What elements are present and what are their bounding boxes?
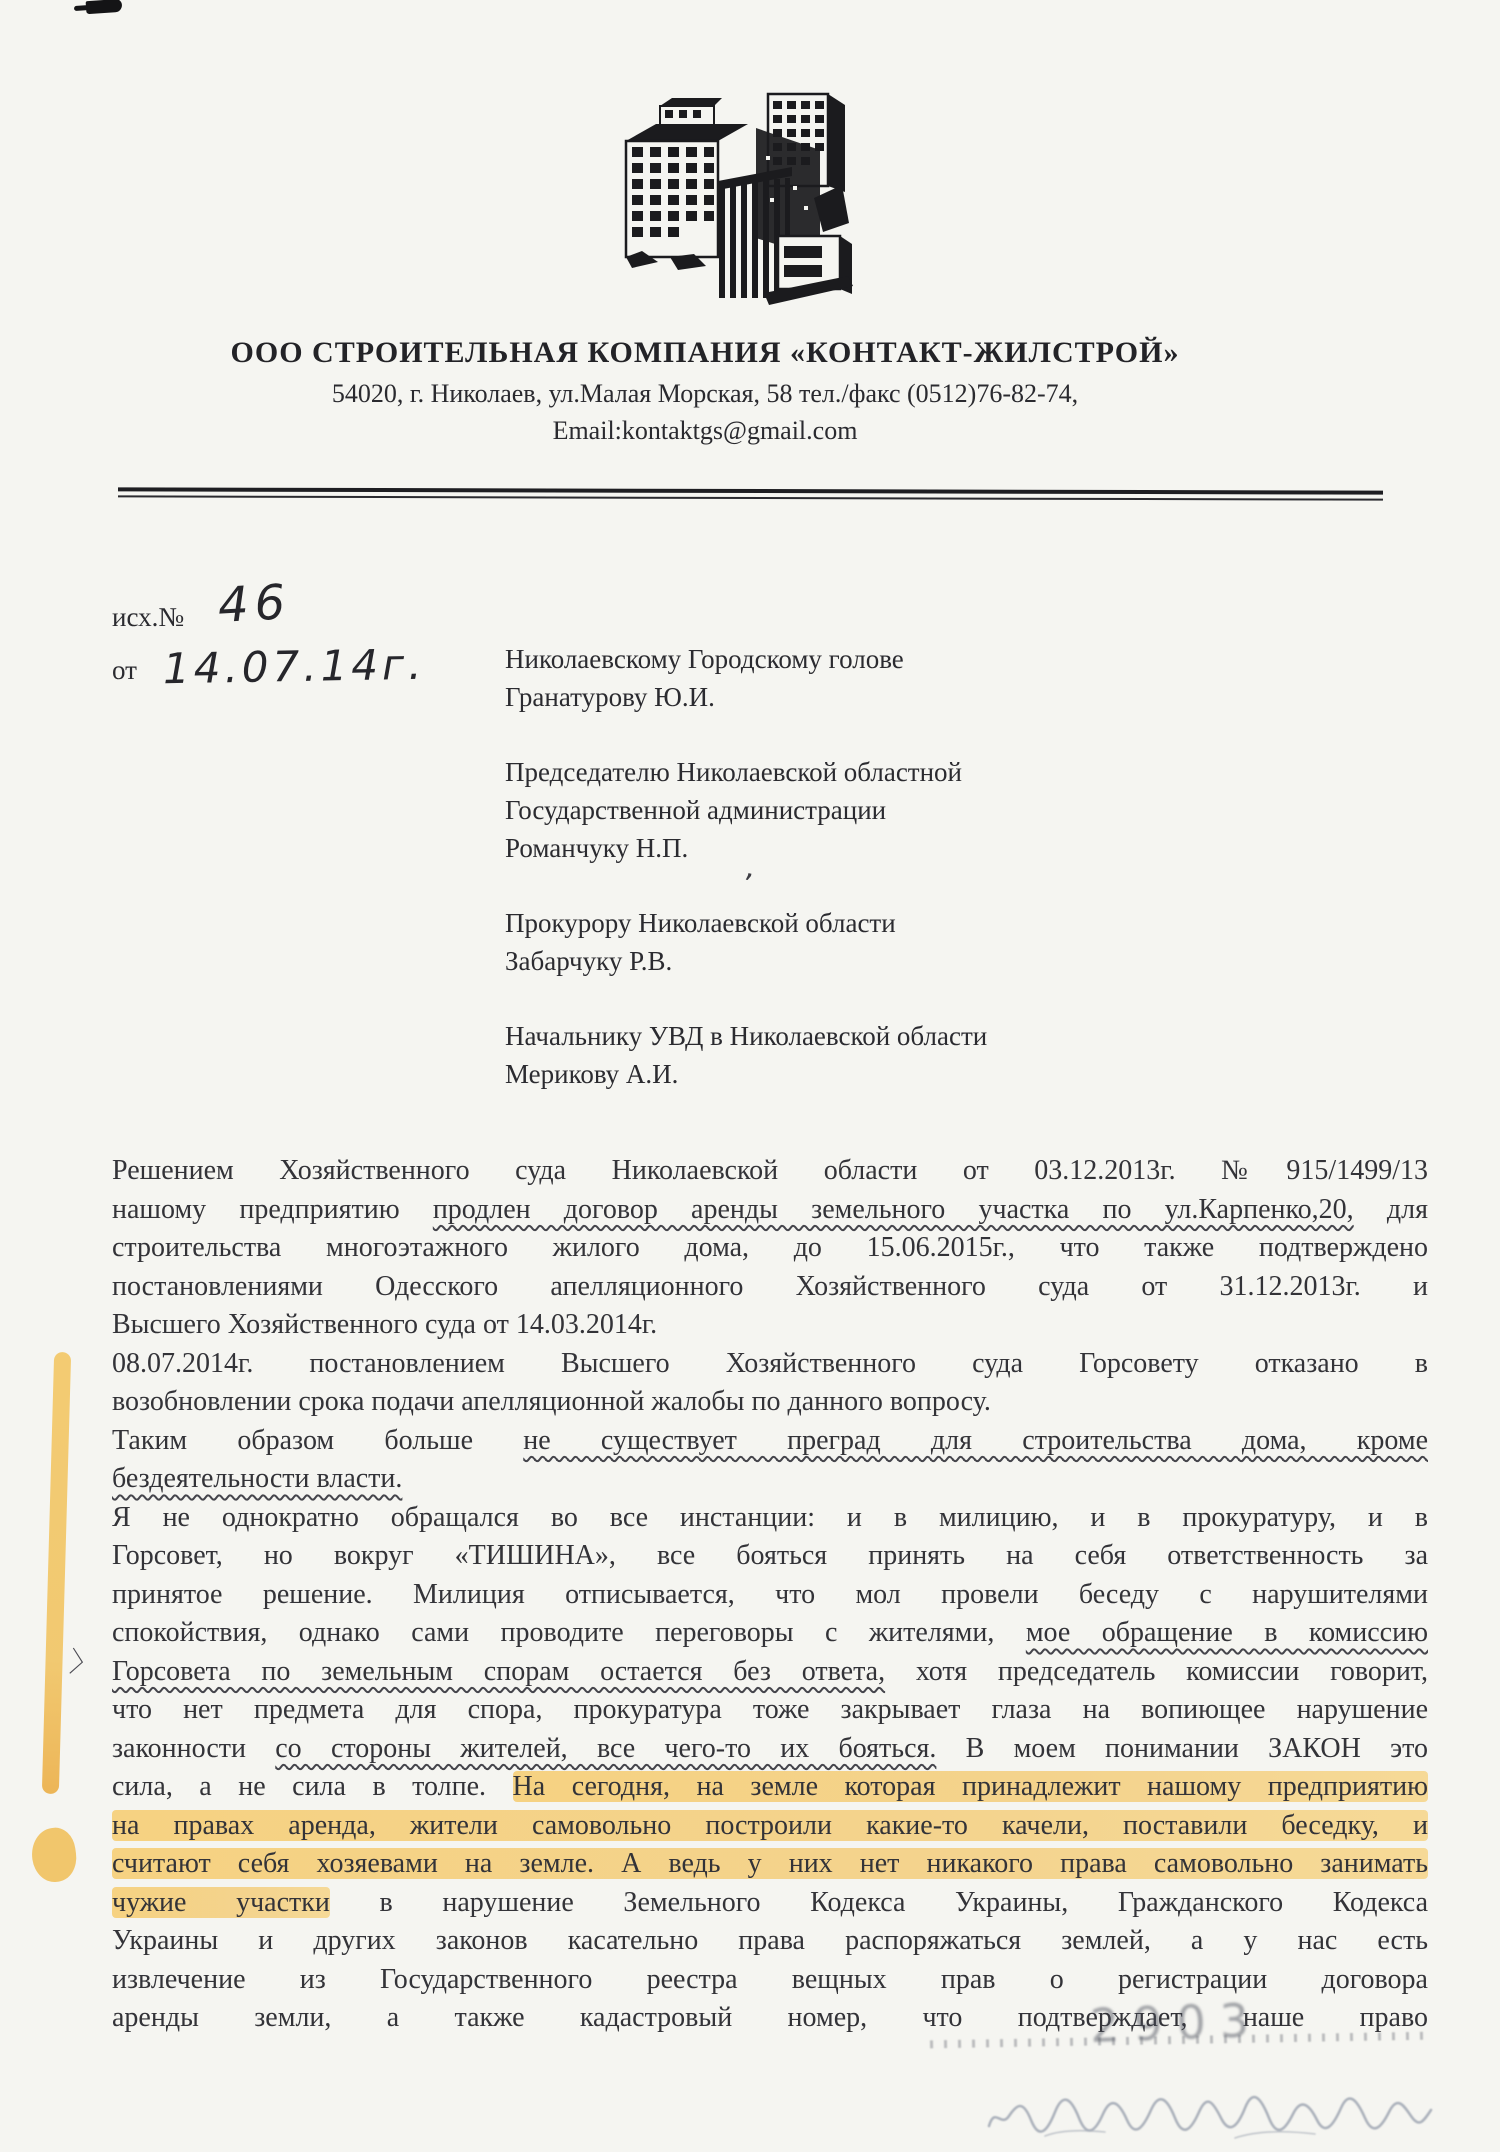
body-text: хотя председатель комиссии говорит, [885, 1656, 1428, 1687]
underlined-text: не существует преград для строительства … [523, 1425, 1428, 1456]
body-line: Решением Хозяйственного суда Николаевско… [112, 1152, 1428, 1191]
body-line: на правах аренда, жители самовольно пост… [112, 1807, 1428, 1846]
body-line: 08.07.2014г. постановлением Высшего Хозя… [112, 1345, 1428, 1384]
letterhead-divider [118, 487, 1383, 500]
body-text: нашому предприятию [112, 1194, 433, 1225]
body-text: Решением Хозяйственного суда Николаевско… [112, 1155, 1428, 1186]
body-text: Украины и других законов касательно прав… [112, 1925, 1428, 1956]
underlined-text: продлен договор аренды земельного участк… [433, 1194, 1354, 1225]
body-line: что нет предмета для спора, прокуратура … [112, 1691, 1428, 1730]
body-text: законности [112, 1733, 275, 1764]
underlined-text: Горсовета по земельным спорам остается б… [112, 1656, 885, 1687]
body-line: нашому предприятию продлен договор аренд… [112, 1191, 1428, 1230]
body-line: чужие участки в нарушение Земельного Код… [112, 1884, 1428, 1923]
addressee-line: Государственной администрации [505, 791, 987, 829]
body-line: законности со стороны жителей, все чего-… [112, 1730, 1428, 1769]
addressee-group: Николаевскому Городскому головеГранатуро… [505, 640, 987, 716]
body-text: возобновлении срока подачи апелляционной… [112, 1386, 991, 1417]
addressee-line: Прокурору Николаевской области [505, 904, 987, 942]
ref-number-row: исх.№46 [112, 582, 425, 638]
faint-stamp-number: 2903 [1089, 1993, 1264, 2053]
highlighted-text: чужие участки [112, 1887, 330, 1918]
scan-artifact-top-left [86, 0, 123, 14]
addressee-line: Начальнику УВД в Николаевской области [505, 1017, 987, 1055]
addressee-line: Николаевскому Городскому голове [505, 640, 987, 678]
body-text: строительства многоэтажного жилого дома,… [112, 1232, 1428, 1263]
body-text: В моем понимании ЗАКОН это [936, 1733, 1428, 1764]
body-line: строительства многоэтажного жилого дома,… [112, 1229, 1428, 1268]
body-line: Украины и других законов касательно прав… [112, 1922, 1428, 1961]
body-text: в нарушение Земельного Кодекса Украины, … [330, 1887, 1428, 1918]
body-line: Горсовета по земельным спорам остается б… [112, 1653, 1428, 1692]
ref-date-handwritten: 14.07.14г. [163, 640, 426, 694]
body-line: считают себя хозяевами на земле. А ведь … [112, 1845, 1428, 1884]
highlighted-text: считают себя хозяевами на земле. А ведь … [112, 1848, 1428, 1879]
body-text: принятое решение. Милиция отписывается, … [112, 1579, 1428, 1610]
addressee-group: Прокурору Николаевской областиЗабарчуку … [505, 904, 987, 980]
scanned-letter-page: ООО СТРОИТЕЛЬНАЯ КОМПАНИЯ «КОНТАКТ-ЖИЛСТ… [0, 0, 1500, 2152]
body-line: бездеятельности власти. [112, 1460, 1428, 1499]
body-text: Я не однократно обращался во все инстанц… [112, 1502, 1428, 1533]
underlined-text: со стороны жителей, все чего-то их боять… [275, 1733, 936, 1764]
body-text: для [1354, 1194, 1428, 1225]
body-text: Горсовет, но вокруг «ТИШИНА», все боятьс… [112, 1540, 1428, 1571]
body-text: Высшего Хозяйственного суда от 14.03.201… [112, 1309, 657, 1340]
ref-number-handwritten: 46 [217, 574, 293, 634]
highlighted-text: на правах аренда, жители самовольно пост… [112, 1810, 1428, 1841]
reference-block: исх.№46 от14.07.14г. [112, 582, 425, 689]
company-address: 54020, г. Николаев, ул.Малая Морская, 58… [0, 379, 1410, 409]
highlighter-margin-stripe [42, 1352, 71, 1794]
ref-date-row: от14.07.14г. [112, 640, 425, 689]
body-line: Высшего Хозяйственного суда от 14.03.201… [112, 1306, 1428, 1345]
addressee-line: Гранатурову Ю.И. [505, 678, 987, 716]
body-text: постановлениями Одесского апелляционного… [112, 1271, 1428, 1302]
letterhead: ООО СТРОИТЕЛЬНАЯ КОМПАНИЯ «КОНТАКТ-ЖИЛСТ… [0, 336, 1410, 446]
company-email: Email:kontaktgs@gmail.com [0, 416, 1410, 446]
letter-body: Решением Хозяйственного суда Николаевско… [112, 1152, 1428, 2038]
pen-mark-angle: 〉 [67, 1640, 100, 1684]
body-line: Таким образом больше не существует прегр… [112, 1422, 1428, 1461]
body-text: сила, а не сила в толпе. [112, 1771, 513, 1802]
body-text: спокойствия, однако сами проводите перег… [112, 1617, 1026, 1648]
addressee-line: Забарчуку Р.В. [505, 942, 987, 980]
body-line: принятое решение. Милиция отписывается, … [112, 1576, 1428, 1615]
body-line: спокойствия, однако сами проводите перег… [112, 1614, 1428, 1653]
city-buildings-icon [618, 86, 853, 306]
body-line: Я не однократно обращался во все инстанц… [112, 1499, 1428, 1538]
body-line: возобновлении срока подачи апелляционной… [112, 1383, 1428, 1422]
body-line: Горсовет, но вокруг «ТИШИНА», все боятьс… [112, 1537, 1428, 1576]
addressee-line: Председателю Николаевской областной [505, 753, 987, 791]
body-line: постановлениями Одесского апелляционного… [112, 1268, 1428, 1307]
underlined-text: бездеятельности власти. [112, 1463, 402, 1494]
body-text: 08.07.2014г. постановлением Высшего Хозя… [112, 1348, 1428, 1379]
addressee-group: Председателю Николаевской областнойГосуд… [505, 753, 987, 867]
addressee-line: Мерикову А.И. [505, 1055, 987, 1093]
body-text: извлечение из Государственного реестра в… [112, 1964, 1428, 1995]
body-line: сила, а не сила в толпе. На сегодня, на … [112, 1768, 1428, 1807]
highlighted-text: На сегодня, на земле которая принадлежит… [513, 1771, 1428, 1802]
ref-date-label: от [112, 655, 137, 685]
body-text: Таким образом больше [112, 1425, 523, 1456]
addressee-line: Романчуку Н.П. [505, 829, 987, 867]
addressee-group: Начальнику УВД в Николаевской областиМер… [505, 1017, 987, 1093]
company-name: ООО СТРОИТЕЛЬНАЯ КОМПАНИЯ «КОНТАКТ-ЖИЛСТ… [0, 336, 1410, 370]
highlighter-margin-blob [28, 1825, 79, 1885]
body-text: что нет предмета для спора, прокуратура … [112, 1694, 1428, 1725]
faint-handwriting-mark [985, 2088, 1435, 2148]
underlined-text: мое обращение в комиссию [1026, 1617, 1428, 1648]
ref-number-label: исх.№ [112, 602, 184, 632]
